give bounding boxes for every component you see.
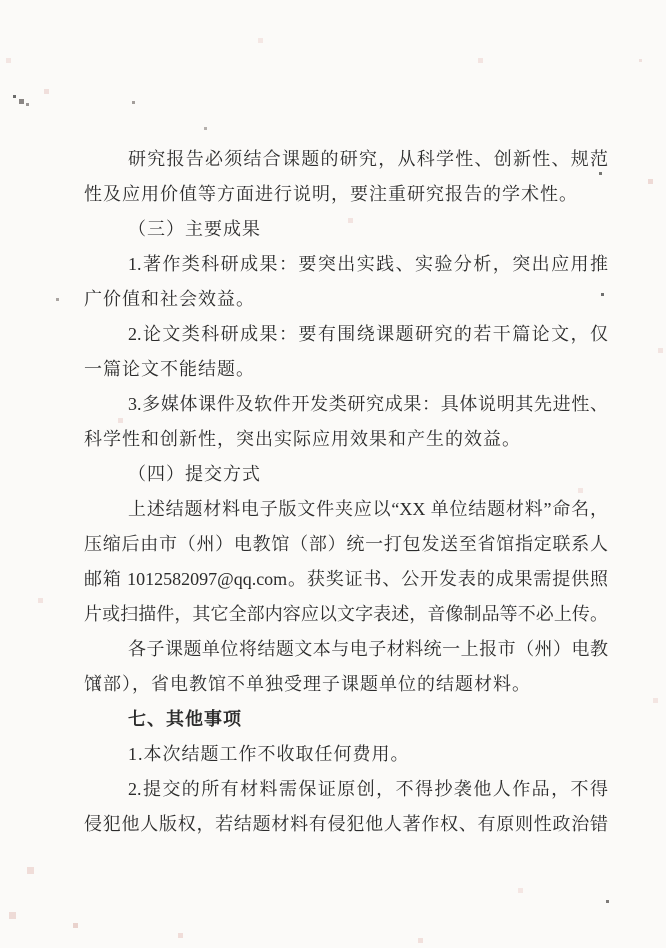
document-line: 广价值和社会效益。 <box>84 282 608 317</box>
scanned-document-page: 研究报告必须结合课题的研究，从科学性、创新性、规范性及应用价值等方面进行说明，要… <box>0 0 666 948</box>
document-line: 2.论文类科研成果：要有围绕课题研究的若干篇论文，仅 <box>84 317 608 352</box>
document-text-block: 研究报告必须结合课题的研究，从科学性、创新性、规范性及应用价值等方面进行说明，要… <box>84 142 608 842</box>
scan-noise-speckles <box>0 0 1 1</box>
document-line: 3.多媒体课件及软件开发类研究成果：具体说明其先进性、 <box>84 387 608 422</box>
section-heading: 七、其他事项 <box>84 702 608 737</box>
document-line: 压缩后由市（州）电教馆（部）统一打包发送至省馆指定联系人 <box>84 527 608 562</box>
document-line: 性及应用价值等方面进行说明，要注重研究报告的学术性。 <box>84 177 608 212</box>
document-line: 片或扫描件，其它全部内容应以文字表述，音像制品等不必上传。 <box>84 597 608 632</box>
document-line: 一篇论文不能结题。 <box>84 352 608 387</box>
document-line: 各子课题单位将结题文本与电子材料统一上报市（州）电教馆 <box>84 632 608 667</box>
document-line: 2.提交的所有材料需保证原创，不得抄袭他人作品，不得 <box>84 772 608 807</box>
document-line: 科学性和创新性，突出实际应用效果和产生的效益。 <box>84 422 608 457</box>
document-line: （部），省电教馆不单独受理子课题单位的结题材料。 <box>84 667 608 702</box>
document-line: 研究报告必须结合课题的研究，从科学性、创新性、规范 <box>84 142 608 177</box>
document-line: （三）主要成果 <box>84 212 608 247</box>
document-line: 1.著作类科研成果：要突出实践、实验分析，突出应用推 <box>84 247 608 282</box>
document-line: 邮箱 1012582097@qq.com。获奖证书、公开发表的成果需提供照 <box>84 562 608 597</box>
document-line: 上述结题材料电子版文件夹应以“XX 单位结题材料”命名， <box>84 492 608 527</box>
document-line: 1.本次结题工作不收取任何费用。 <box>84 737 608 772</box>
document-line: 侵犯他人版权，若结题材料有侵犯他人著作权、有原则性政治错 <box>84 807 608 842</box>
document-line: （四）提交方式 <box>84 457 608 492</box>
